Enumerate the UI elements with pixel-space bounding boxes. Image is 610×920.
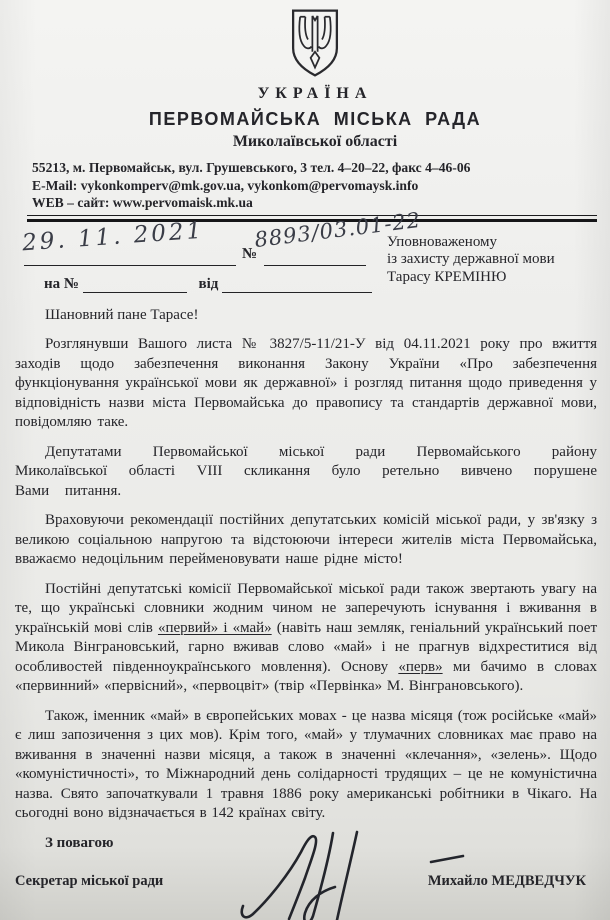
- letterhead: УКРАЇНА ПЕРВОМАЙСЬКА МІСЬКА РАДА Миколаї…: [10, 0, 610, 151]
- contact-block: 55213, м. Первомайськ, вул. Грушевського…: [32, 159, 596, 212]
- handwritten-date: 29. 11. 2021: [21, 217, 205, 256]
- paragraph-5: Також, іменник «май» в європейських мова…: [15, 707, 597, 824]
- reference-block: 29. 11. 2021 № 8893/03.01-22 на № від Уп…: [0, 226, 610, 306]
- organization-region: Миколаївської області: [10, 133, 610, 151]
- paragraph-1: Розглянувши Вашого листа № 3827/5-11/21-…: [15, 335, 597, 433]
- paragraph-2: Депутатами Первомайської міської ради Пе…: [15, 443, 597, 502]
- reply-number-blank-line: [83, 278, 187, 293]
- underlined-root: «перв»: [398, 659, 442, 675]
- recipient-block: Уповноваженому із захисту державної мови…: [387, 234, 555, 287]
- handwritten-signature-scribble: [235, 830, 470, 920]
- recipient-line: Тарасу КРЕМІНЮ: [387, 269, 555, 287]
- paragraph-3: Враховуючи рекомендації постійних депута…: [15, 511, 597, 570]
- reply-reference-row: на № від: [44, 276, 372, 293]
- underlined-words: «первий» і «май»: [158, 620, 272, 636]
- organization-name: ПЕРВОМАЙСЬКА МІСЬКА РАДА: [10, 109, 610, 130]
- website-line: WEB – сайт: www.pervomaisk.mk.ua: [32, 194, 596, 212]
- date-blank-line: [24, 265, 236, 267]
- recipient-line: із захисту державної мови: [387, 251, 555, 269]
- signer-title: Секретар міської ради: [15, 873, 163, 890]
- country-name: УКРАЇНА: [10, 85, 610, 103]
- email-line: E-Mail: vykonkomperv@mk.gov.ua, vykonkom…: [32, 177, 596, 195]
- scanned-letter-page: УКРАЇНА ПЕРВОМАЙСЬКА МІСЬКА РАДА Миколаї…: [0, 0, 610, 920]
- postal-address-line: 55213, м. Первомайськ, вул. Грушевського…: [32, 159, 596, 177]
- paragraph-4: Постійні депутатські комісії Первомайськ…: [15, 580, 597, 697]
- letter-body: Шановний пане Тарасе! Розглянувши Вашого…: [0, 306, 610, 854]
- reply-date-blank-line: [222, 278, 372, 293]
- number-blank-line: [264, 265, 366, 267]
- reply-to-label: на №: [44, 276, 79, 292]
- salutation: Шановний пане Тарасе!: [15, 306, 597, 326]
- ukraine-trident-shield-icon: [287, 8, 343, 78]
- reply-from-label: від: [198, 276, 218, 292]
- recipient-line: Уповноваженому: [387, 234, 555, 252]
